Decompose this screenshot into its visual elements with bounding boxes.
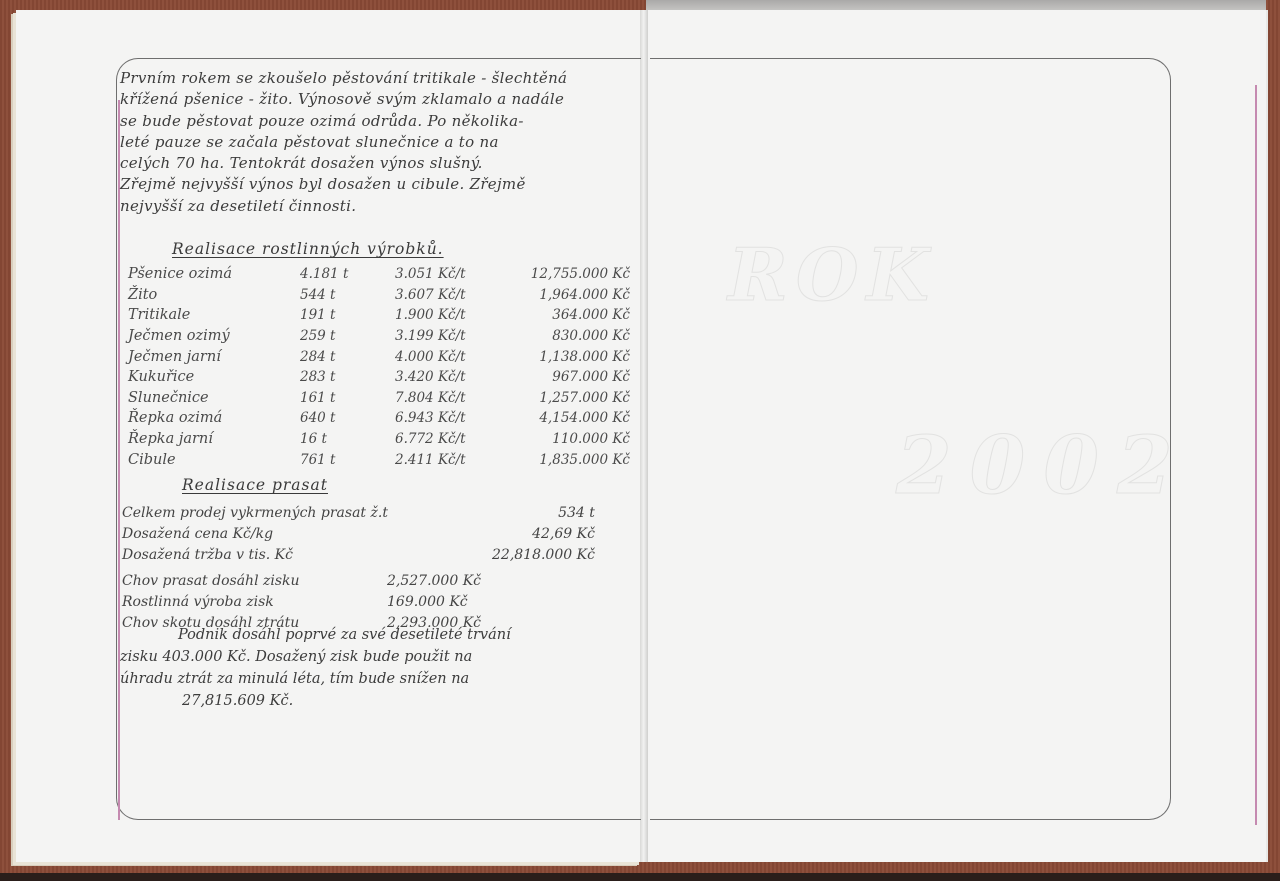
crop-price: 7.804 Kč/t bbox=[395, 388, 530, 409]
crop-total: 1,138.000 Kč bbox=[530, 346, 630, 367]
crop-name: Slunečnice bbox=[128, 388, 300, 409]
crop-quantity: 16 t bbox=[300, 429, 395, 450]
crop-name: Žito bbox=[128, 285, 300, 306]
crop-price: 3.420 Kč/t bbox=[395, 367, 530, 388]
crop-total: 1,835.000 Kč bbox=[530, 449, 630, 470]
crop-total: 4,154.000 Kč bbox=[530, 408, 630, 429]
book-gutter bbox=[640, 10, 648, 862]
pigs-table: Celkem prodej vykrmených prasat ž.t534 t… bbox=[122, 502, 595, 565]
table-row: Chov prasat dosáhl zisku2,527.000 Kč bbox=[122, 570, 481, 591]
crop-price: 2.411 Kč/t bbox=[395, 449, 530, 470]
pigs-value: 42,69 Kč bbox=[492, 523, 595, 544]
intro-line: leté pauze se začala pěstovat slunečnice… bbox=[120, 132, 630, 153]
pigs-label: Dosažená tržba v tis. Kč bbox=[122, 544, 492, 565]
crop-total: 364.000 Kč bbox=[530, 305, 630, 326]
crop-quantity: 283 t bbox=[300, 367, 395, 388]
crops-table: Pšenice ozimá4.181 t3.051 Kč/t12,755.000… bbox=[128, 264, 630, 470]
table-row: Dosažená cena Kč/kg42,69 Kč bbox=[122, 523, 595, 544]
closing-paragraph: Podnik dosáhl poprvé za své desetileté t… bbox=[120, 624, 511, 712]
result-value: 169.000 Kč bbox=[387, 591, 481, 612]
show-through-rok: ROK bbox=[728, 232, 937, 317]
intro-line: celých 70 ha. Tentokrát dosažen výnos sl… bbox=[120, 153, 630, 174]
result-label: Rostlinná výroba zisk bbox=[122, 591, 387, 612]
intro-line: Prvním rokem se zkoušelo pěstování triti… bbox=[120, 68, 630, 89]
closing-line: 27,815.609 Kč. bbox=[120, 690, 511, 712]
pigs-label: Celkem prodej vykrmených prasat ž.t bbox=[122, 502, 492, 523]
crop-name: Pšenice ozimá bbox=[128, 264, 300, 285]
pigs-heading: Realisace prasat bbox=[182, 476, 328, 494]
crop-quantity: 761 t bbox=[300, 449, 395, 470]
table-row: Dosažená tržba v tis. Kč22,818.000 Kč bbox=[122, 544, 595, 565]
crop-quantity: 4.181 t bbox=[300, 264, 395, 285]
table-row: Řepka ozimá640 t6.943 Kč/t4,154.000 Kč bbox=[128, 408, 630, 429]
crop-quantity: 259 t bbox=[300, 326, 395, 347]
pigs-label: Dosažená cena Kč/kg bbox=[122, 523, 492, 544]
crop-price: 3.607 Kč/t bbox=[395, 285, 530, 306]
intro-line: křížená pšenice - žito. Výnosově svým zk… bbox=[120, 89, 630, 110]
crop-total: 967.000 Kč bbox=[530, 367, 630, 388]
intro-line: nejvyšší za desetiletí činnosti. bbox=[120, 196, 630, 217]
closing-line: zisku 403.000 Kč. Dosažený zisk bude pou… bbox=[120, 646, 511, 668]
result-label: Chov prasat dosáhl zisku bbox=[122, 570, 387, 591]
crop-name: Řepka jarní bbox=[128, 429, 300, 450]
pigs-value: 22,818.000 Kč bbox=[492, 544, 595, 565]
crop-total: 830.000 Kč bbox=[530, 326, 630, 347]
table-row: Tritikale191 t1.900 Kč/t364.000 Kč bbox=[128, 305, 630, 326]
crops-heading: Realisace rostlinných výrobků. bbox=[172, 240, 444, 258]
crop-quantity: 284 t bbox=[300, 346, 395, 367]
intro-line: se bude pěstovat pouze ozimá odrůda. Po … bbox=[120, 111, 630, 132]
crop-price: 3.199 Kč/t bbox=[395, 326, 530, 347]
crop-quantity: 640 t bbox=[300, 408, 395, 429]
crop-price: 1.900 Kč/t bbox=[395, 305, 530, 326]
show-through-year: 2002 bbox=[896, 418, 1191, 512]
crop-price: 6.943 Kč/t bbox=[395, 408, 530, 429]
table-row: Cibule761 t2.411 Kč/t1,835.000 Kč bbox=[128, 449, 630, 470]
table-row: Žito544 t3.607 Kč/t1,964.000 Kč bbox=[128, 285, 630, 306]
crop-quantity: 161 t bbox=[300, 388, 395, 409]
crop-name: Tritikale bbox=[128, 305, 300, 326]
crop-quantity: 544 t bbox=[300, 285, 395, 306]
table-row: Slunečnice161 t7.804 Kč/t1,257.000 Kč bbox=[128, 388, 630, 409]
crop-total: 110.000 Kč bbox=[530, 429, 630, 450]
crop-name: Ječmen jarní bbox=[128, 346, 300, 367]
crop-total: 1,257.000 Kč bbox=[530, 388, 630, 409]
table-row: Ječmen jarní284 t4.000 Kč/t1,138.000 Kč bbox=[128, 346, 630, 367]
crop-name: Řepka ozimá bbox=[128, 408, 300, 429]
crop-name: Ječmen ozimý bbox=[128, 326, 300, 347]
table-row: Rostlinná výroba zisk169.000 Kč bbox=[122, 591, 481, 612]
intro-line: Zřejmě nejvyšší výnos byl dosažen u cibu… bbox=[120, 174, 630, 195]
closing-line: Podnik dosáhl poprvé za své desetileté t… bbox=[120, 624, 511, 646]
result-value: 2,527.000 Kč bbox=[387, 570, 481, 591]
pigs-value: 534 t bbox=[492, 502, 595, 523]
crop-total: 12,755.000 Kč bbox=[530, 264, 630, 285]
intro-paragraph: Prvním rokem se zkoušelo pěstování triti… bbox=[120, 68, 630, 217]
crop-name: Kukuřice bbox=[128, 367, 300, 388]
crop-quantity: 191 t bbox=[300, 305, 395, 326]
table-row: Pšenice ozimá4.181 t3.051 Kč/t12,755.000… bbox=[128, 264, 630, 285]
table-row: Ječmen ozimý259 t3.199 Kč/t830.000 Kč bbox=[128, 326, 630, 347]
crop-price: 6.772 Kč/t bbox=[395, 429, 530, 450]
right-margin-line bbox=[1255, 85, 1257, 825]
crop-name: Cibule bbox=[128, 449, 300, 470]
table-row: Kukuřice283 t3.420 Kč/t967.000 Kč bbox=[128, 367, 630, 388]
table-row: Řepka jarní16 t6.772 Kč/t110.000 Kč bbox=[128, 429, 630, 450]
closing-line: úhradu ztrát za minulá léta, tím bude sn… bbox=[120, 668, 511, 690]
crop-price: 3.051 Kč/t bbox=[395, 264, 530, 285]
crop-price: 4.000 Kč/t bbox=[395, 346, 530, 367]
crop-total: 1,964.000 Kč bbox=[530, 285, 630, 306]
table-row: Celkem prodej vykrmených prasat ž.t534 t bbox=[122, 502, 595, 523]
